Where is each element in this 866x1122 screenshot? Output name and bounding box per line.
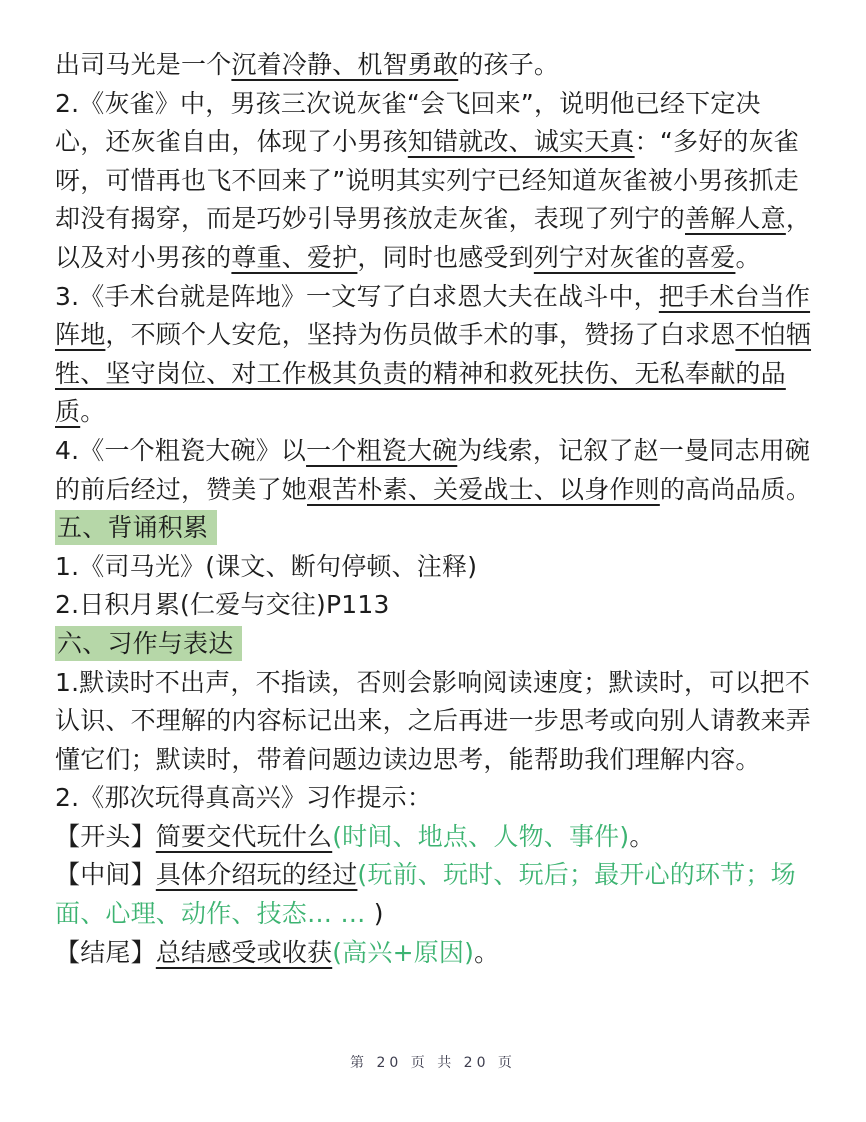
underlined-text: 牲、坚守岗位、对工作极其负责的精神和救死扶伤、无私奉献的品 [55,359,786,388]
green-annotation-text: 面、心理、动作、技态… … [55,899,366,928]
text-segment: ，同时也感受到 [357,243,533,272]
text-line: 心，还灰雀自由，体现了小男孩知错就改、诚实天真：“多好的灰雀 [55,123,820,162]
text-line: 懂它们；默读时，带着问题边读边思考，能帮助我们理解内容。 [55,741,820,780]
text-segment: 以及对小男孩的 [55,243,231,272]
underlined-text: 不怕牺 [735,320,811,349]
green-annotation-text: (高兴+原因) [332,938,474,967]
underlined-text: 知错就改、诚实天真 [408,127,635,156]
text-line: 质。 [55,393,820,432]
text-segment: 1.默读时不出声，不指读，否则会影响阅读速度；默读时，可以把不 [55,668,810,697]
text-line: 1.默读时不出声，不指读，否则会影响阅读速度；默读时，可以把不 [55,664,820,703]
text-segment: 为线索，记叙了赵一曼同志用碗 [457,436,810,465]
text-segment: 2.《那次玩得真高兴》习作提示： [55,783,432,812]
text-line: 3.《手术台就是阵地》一文写了白求恩大夫在战斗中，把手术台当作 [55,278,820,317]
underlined-text: 沉着冷静、机智勇敢 [231,50,458,79]
document-body: 出司马光是一个沉着冷静、机智勇敢的孩子。2.《灰雀》中，男孩三次说灰雀“会飞回来… [55,46,820,972]
underlined-text: 具体介绍玩的经过 [156,860,358,889]
underlined-text: 艰苦朴素、关爱战士、以身作则 [307,475,660,504]
text-line: 【结尾】总结感受或收获(高兴+原因)。 [55,934,820,973]
underlined-text: 总结感受或收获 [156,938,332,967]
text-segment: ：“多好的灰雀 [635,127,799,156]
text-line: 认识、不理解的内容标记出来，之后再进一步思考或向别人请教来弄 [55,702,820,741]
text-segment: 却没有揭穿，而是巧妙引导男孩放走灰雀，表现了列宁的 [55,204,685,233]
underlined-text: 一个粗瓷大碗 [306,436,457,465]
text-segment: 1.《司马光》(课文、断句停顿、注释) [55,552,477,581]
text-segment: 。 [474,938,499,967]
text-line: 【开头】简要交代玩什么(时间、地点、人物、事件)。 [55,818,820,857]
green-annotation-text: (玩前、玩时、玩后；最开心的环节；场 [357,860,795,889]
green-annotation-text: (时间、地点、人物、事件) [332,822,629,851]
text-segment: 2.《灰雀》中，男孩三次说灰雀“会飞回来”，说明他已经下定决 [55,89,761,118]
text-segment: 认识、不理解的内容标记出来，之后再进一步思考或向别人请教来弄 [55,706,811,735]
text-line: 牲、坚守岗位、对工作极其负责的精神和救死扶伤、无私奉献的品 [55,355,820,394]
text-segment: 心，还灰雀自由，体现了小男孩 [55,127,408,156]
text-line: 以及对小男孩的尊重、爱护，同时也感受到列宁对灰雀的喜爱。 [55,239,820,278]
section-heading: 六、习作与表达 [55,625,820,664]
text-segment: 【开头】 [55,822,156,851]
text-segment: 的孩子。 [458,50,559,79]
section-heading: 五、背诵积累 [55,509,820,548]
text-line: 阵地，不顾个人安危，坚持为伤员做手术的事，赞扬了白求恩不怕牺 [55,316,820,355]
text-segment: 出司马光是一个 [55,50,231,79]
text-line: 的前后经过，赞美了她艰苦朴素、关爱战士、以身作则的高尚品质。 [55,471,820,510]
underlined-text: 简要交代玩什么 [156,822,332,851]
underlined-text: 善解人意 [685,204,786,233]
heading-text: 六、习作与表达 [55,626,242,661]
text-segment: 2.日积月累(仁爱与交往)P113 [55,590,390,619]
heading-text: 五、背诵积累 [55,510,217,545]
page-footer: 第 20 页 共 20 页 [0,1052,866,1072]
text-segment: 3.《手术台就是阵地》一文写了白求恩大夫在战斗中， [55,282,659,311]
underlined-text: 质 [55,397,80,426]
text-segment: ) [366,899,384,928]
text-segment: 呀，可惜再也飞不回来了”说明其实列宁已经知道灰雀被小男孩抓走 [55,166,799,195]
text-segment: 的高尚品质。 [660,475,811,504]
text-segment: 的前后经过，赞美了她 [55,475,307,504]
text-line: 2.日积月累(仁爱与交往)P113 [55,586,820,625]
text-segment: 。 [629,822,654,851]
underlined-text: 阵地 [55,320,105,349]
text-segment: 【中间】 [55,860,156,889]
text-line: 【中间】具体介绍玩的经过(玩前、玩时、玩后；最开心的环节；场 [55,856,820,895]
text-line: 4.《一个粗瓷大碗》以一个粗瓷大碗为线索，记叙了赵一曼同志用碗 [55,432,820,471]
text-segment: 4.《一个粗瓷大碗》以 [55,436,306,465]
text-segment: 。 [80,397,105,426]
document-page: 出司马光是一个沉着冷静、机智勇敢的孩子。2.《灰雀》中，男孩三次说灰雀“会飞回来… [0,0,866,1122]
text-line: 2.《灰雀》中，男孩三次说灰雀“会飞回来”，说明他已经下定决 [55,85,820,124]
underlined-text: 把手术台当作 [659,282,810,311]
text-line: 出司马光是一个沉着冷静、机智勇敢的孩子。 [55,46,820,85]
text-segment: 【结尾】 [55,938,156,967]
text-segment: 懂它们；默读时，带着问题边读边思考，能帮助我们理解内容。 [55,745,761,774]
text-segment: ，不顾个人安危，坚持为伤员做手术的事，赞扬了白求恩 [105,320,735,349]
text-line: 面、心理、动作、技态… … ) [55,895,820,934]
text-line: 却没有揭穿，而是巧妙引导男孩放走灰雀，表现了列宁的善解人意， [55,200,820,239]
underlined-text: 列宁对灰雀的喜爱 [534,243,736,272]
text-segment: 。 [735,243,760,272]
text-line: 2.《那次玩得真高兴》习作提示： [55,779,820,818]
text-line: 呀，可惜再也飞不回来了”说明其实列宁已经知道灰雀被小男孩抓走 [55,162,820,201]
text-line: 1.《司马光》(课文、断句停顿、注释) [55,548,820,587]
text-segment: ， [786,204,811,233]
underlined-text: 尊重、爱护 [231,243,357,272]
